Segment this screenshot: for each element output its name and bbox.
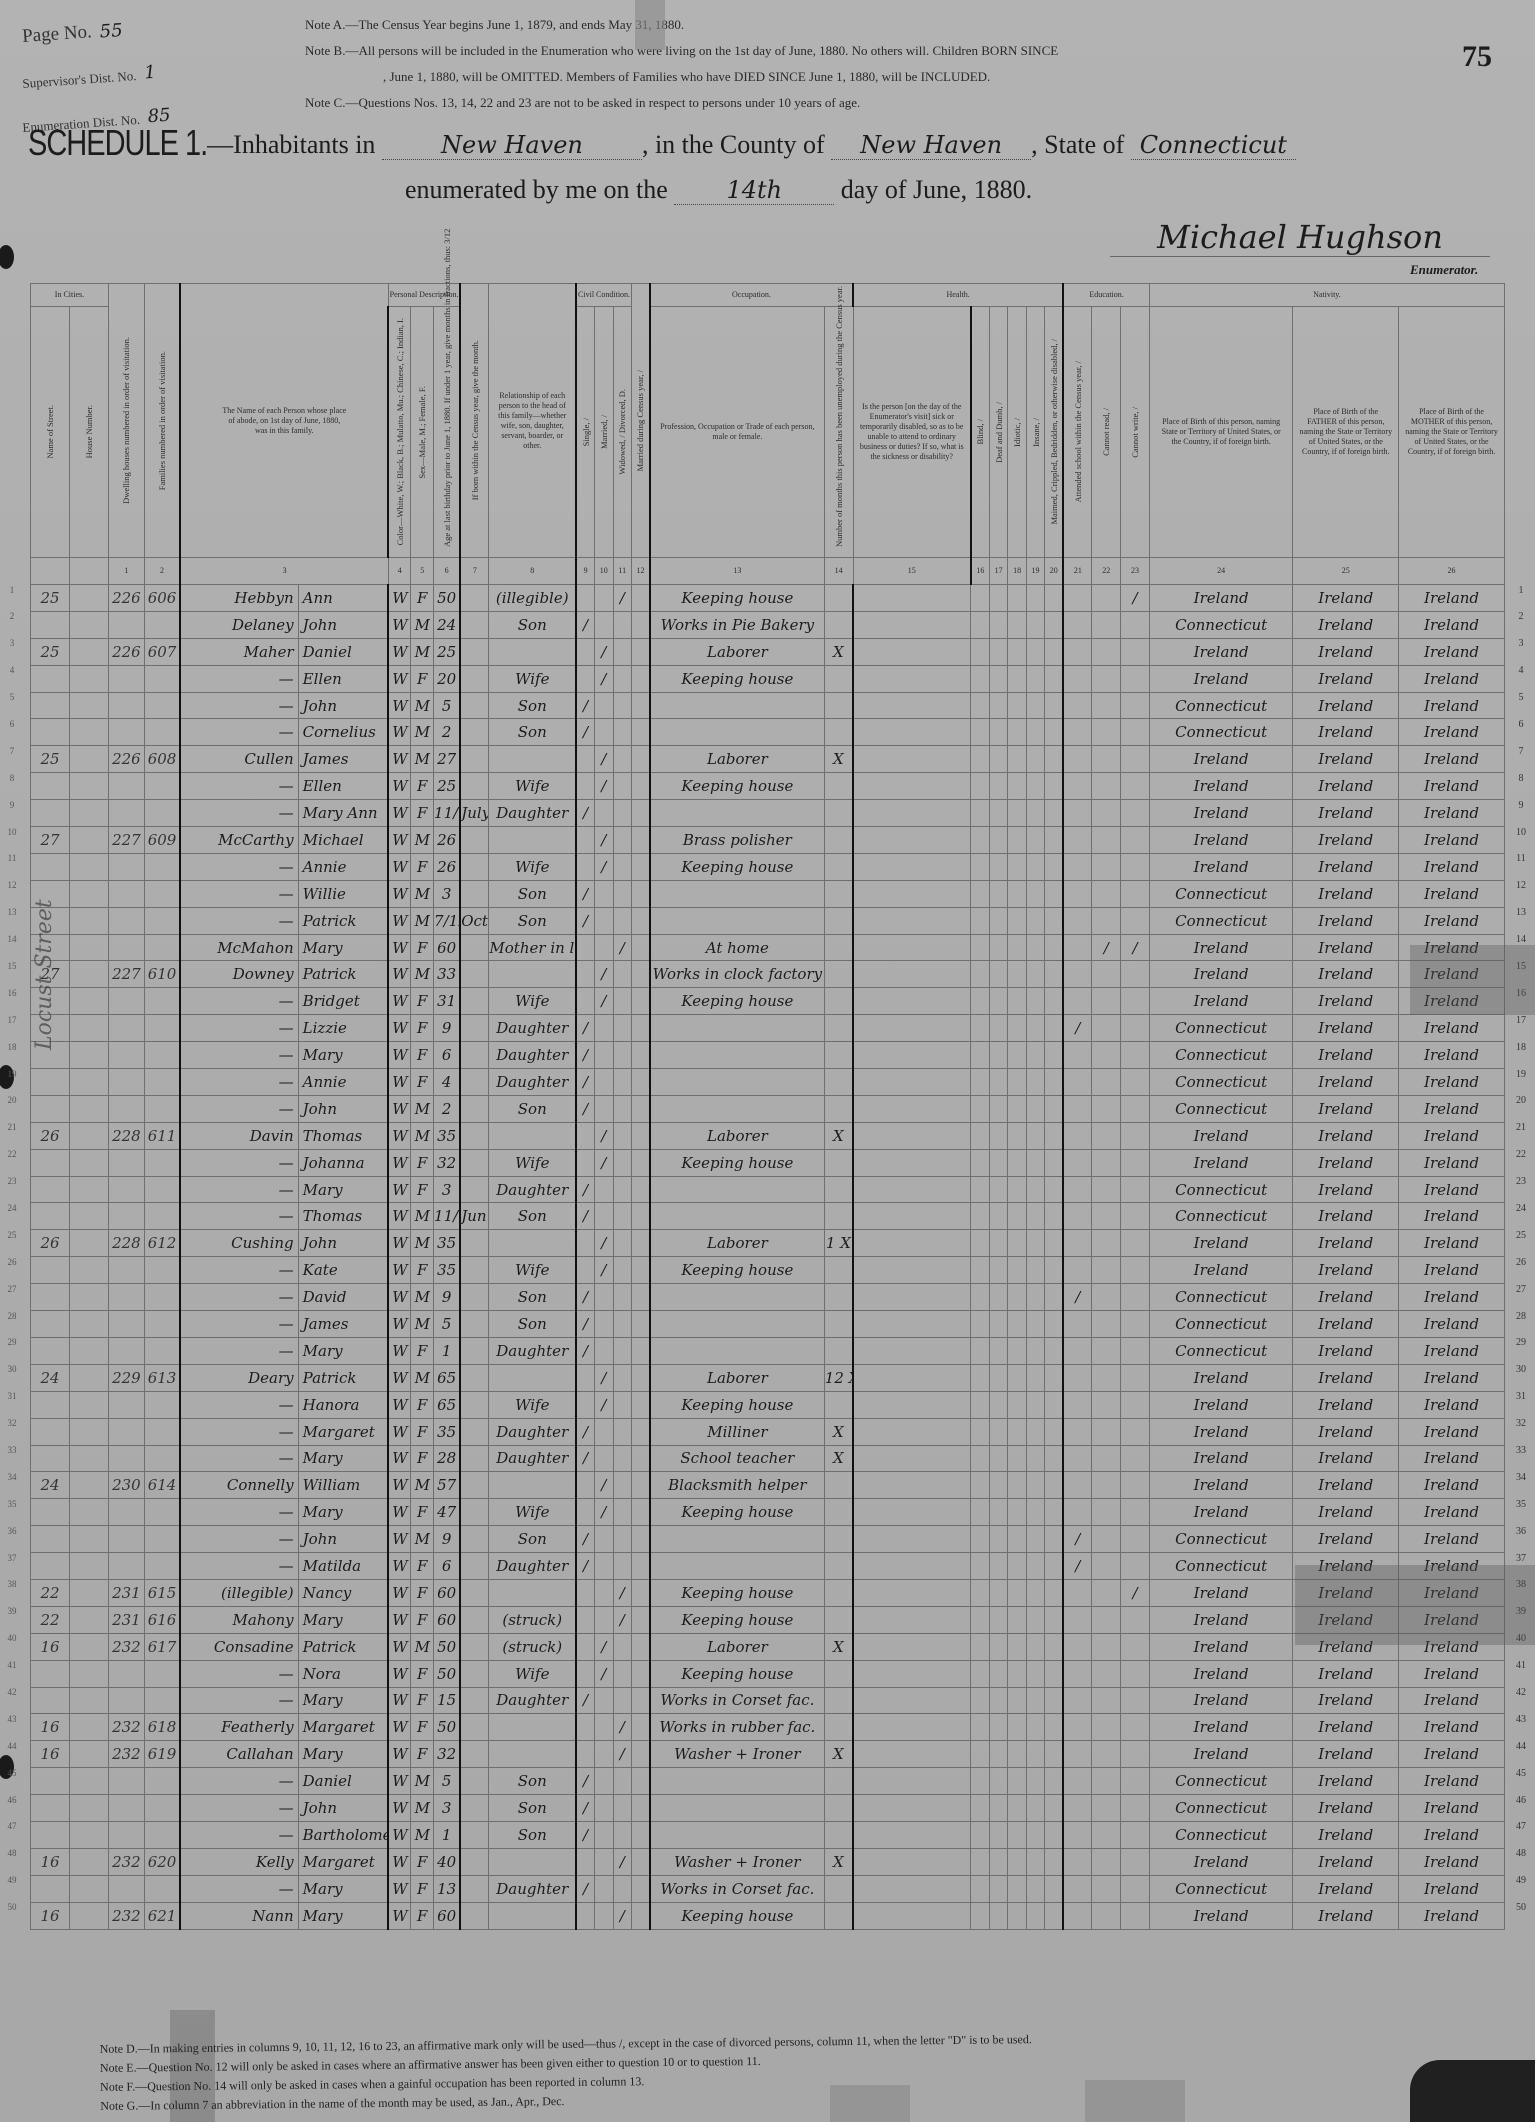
cell-empty: [69, 1122, 108, 1149]
cell-birth: Ireland: [1149, 827, 1293, 854]
cell-age: 50: [434, 1633, 461, 1660]
cell-given: William: [298, 1472, 388, 1499]
cell-md: [631, 800, 649, 827]
cell-relation: Daughter: [489, 1015, 576, 1042]
cell-md: [631, 1795, 649, 1822]
cell-father: Ireland: [1293, 853, 1399, 880]
group-education: Education.: [1063, 284, 1149, 307]
cell-school: [1063, 1176, 1092, 1203]
cell-street: [31, 773, 70, 800]
cell-birth: Ireland: [1149, 1418, 1293, 1445]
col-number: 20: [1045, 558, 1063, 585]
group-nativity: Nativity.: [1149, 284, 1504, 307]
cell-relation: [489, 1230, 576, 1257]
cell-empty: [1026, 638, 1044, 665]
cell-empty: [69, 1364, 108, 1391]
cell-single: [576, 1660, 594, 1687]
cell-empty: [989, 585, 1007, 612]
cell-surname: —: [180, 1418, 298, 1445]
cell-father: Ireland: [1293, 719, 1399, 746]
cell-dwelling: [108, 1095, 144, 1122]
cell-family: 617: [144, 1633, 180, 1660]
cell-empty: [1026, 1445, 1044, 1472]
cell-sex: M: [411, 1768, 434, 1795]
cell-empty: [971, 961, 989, 988]
table-row: 16232619CallahanMaryWF32/Washer + Ironer…: [31, 1741, 1505, 1768]
cell-given: Thomas: [298, 1203, 388, 1230]
cell-school: [1063, 692, 1092, 719]
cell-occupation: Laborer: [650, 1230, 824, 1257]
cell-md: [631, 1284, 649, 1311]
cell-father: Ireland: [1293, 665, 1399, 692]
cell-occupation: [650, 1284, 824, 1311]
cell-street: [31, 1660, 70, 1687]
cell-birth: Ireland: [1149, 800, 1293, 827]
cell-married: /: [595, 1122, 613, 1149]
cell-empty: [1045, 1122, 1063, 1149]
cell-mother: Ireland: [1399, 1122, 1505, 1149]
cell-father: Ireland: [1293, 611, 1399, 638]
table-row: —MaryWF13Daughter/Works in Corset fac.Co…: [31, 1875, 1505, 1902]
cell-month: [460, 1579, 489, 1606]
cell-relation: Daughter: [489, 800, 576, 827]
cell-dwelling: [108, 1660, 144, 1687]
cell-empty: [1045, 934, 1063, 961]
cell-write: [1121, 719, 1150, 746]
cell-married: /: [595, 1230, 613, 1257]
cell-surname: —: [180, 1499, 298, 1526]
cell-empty: [971, 1499, 989, 1526]
cell-read: [1092, 611, 1121, 638]
district-info: Page No.55 Supervisor's Dist. No.1 Enume…: [22, 18, 262, 136]
cell-md: [631, 773, 649, 800]
cell-widowed: [613, 1660, 631, 1687]
cell-unemp: [824, 988, 853, 1015]
table-row: —KateWF35Wife/Keeping houseIrelandIrelan…: [31, 1257, 1505, 1284]
cell-mother: Ireland: [1399, 1203, 1505, 1230]
cell-empty: [1026, 1526, 1044, 1553]
cell-single: /: [576, 907, 594, 934]
cell-father: Ireland: [1293, 1499, 1399, 1526]
cell-color: W: [388, 1902, 411, 1929]
line-number: 49: [2, 1875, 22, 1902]
cell-empty: [1026, 1472, 1044, 1499]
cell-unemp: [824, 827, 853, 854]
cell-md: [631, 1311, 649, 1338]
cell-empty: [69, 1875, 108, 1902]
cell-mother: Ireland: [1399, 800, 1505, 827]
cell-empty: [69, 1714, 108, 1741]
cell-empty: [1045, 1391, 1063, 1418]
cell-surname: Nann: [180, 1902, 298, 1929]
cell-empty: [69, 1660, 108, 1687]
cell-married: /: [595, 988, 613, 1015]
line-number: 33: [2, 1445, 22, 1472]
cell-occupation: [650, 1203, 824, 1230]
cell-father: Ireland: [1293, 1741, 1399, 1768]
cell-sex: F: [411, 1902, 434, 1929]
cell-widowed: [613, 1257, 631, 1284]
cell-write: [1121, 1606, 1150, 1633]
cell-month: [460, 1364, 489, 1391]
cell-given: Kate: [298, 1257, 388, 1284]
cell-given: Thomas: [298, 1122, 388, 1149]
line-number: 12: [1508, 880, 1534, 907]
table-row: —HanoraWF65Wife/Keeping houseIrelandIrel…: [31, 1391, 1505, 1418]
cell-empty: [853, 934, 971, 961]
table-row: McMahonMaryWF60Mother in law/At home//Ir…: [31, 934, 1505, 961]
cell-empty: [1045, 1579, 1063, 1606]
cell-sex: M: [411, 1526, 434, 1553]
cell-empty: [1026, 1095, 1044, 1122]
cell-unemp: [824, 1875, 853, 1902]
cell-empty: [1045, 1149, 1063, 1176]
cell-read: [1092, 827, 1121, 854]
cell-birth: Ireland: [1149, 1445, 1293, 1472]
cell-father: Ireland: [1293, 638, 1399, 665]
cell-empty: [971, 1257, 989, 1284]
cell-surname: —: [180, 1176, 298, 1203]
col-header-text: Blind, /: [975, 419, 985, 445]
cell-empty: [1008, 773, 1026, 800]
cell-empty: [1026, 1203, 1044, 1230]
cell-empty: [1026, 1902, 1044, 1929]
cell-unemp: [824, 773, 853, 800]
enum-text: enumerated by me on the: [405, 175, 668, 204]
cell-dwelling: [108, 907, 144, 934]
cell-read: [1092, 1741, 1121, 1768]
cell-md: [631, 585, 649, 612]
cell-mother: Ireland: [1399, 773, 1505, 800]
cell-empty: [853, 961, 971, 988]
cell-empty: [989, 1391, 1007, 1418]
cell-single: /: [576, 1553, 594, 1580]
cell-married: /: [595, 853, 613, 880]
cell-sex: F: [411, 934, 434, 961]
col-number: 7: [460, 558, 489, 585]
cell-surname: Maher: [180, 638, 298, 665]
cell-empty: [971, 1687, 989, 1714]
cell-read: [1092, 1795, 1121, 1822]
cell-surname: —: [180, 907, 298, 934]
cell-empty: [1045, 719, 1063, 746]
cell-dwelling: [108, 1526, 144, 1553]
cell-age: 1: [434, 1821, 461, 1848]
cell-occupation: [650, 1095, 824, 1122]
cell-write: [1121, 1230, 1150, 1257]
cell-unemp: [824, 907, 853, 934]
cell-occupation: [650, 1042, 824, 1069]
cell-empty: [1045, 1284, 1063, 1311]
cell-empty: [1008, 1606, 1026, 1633]
line-number: 7: [2, 746, 22, 773]
cell-write: [1121, 1069, 1150, 1096]
cell-relation: Son: [489, 1795, 576, 1822]
cell-empty: [989, 1042, 1007, 1069]
cell-empty: [989, 1069, 1007, 1096]
cell-unemp: [824, 1015, 853, 1042]
cell-widowed: /: [613, 1741, 631, 1768]
cell-married: [595, 1311, 613, 1338]
cell-school: /: [1063, 1284, 1092, 1311]
cell-color: W: [388, 1526, 411, 1553]
schedule-line: SCHEDULE 1.—Inhabitants in New Haven, in…: [28, 128, 1296, 161]
cell-school: [1063, 1768, 1092, 1795]
cell-sex: M: [411, 907, 434, 934]
cell-street: 24: [31, 1472, 70, 1499]
cell-single: [576, 1741, 594, 1768]
cell-school: [1063, 1042, 1092, 1069]
cell-birth: Connecticut: [1149, 1203, 1293, 1230]
cell-empty: [989, 1821, 1007, 1848]
cell-empty: [1045, 907, 1063, 934]
cell-married: /: [595, 827, 613, 854]
cell-write: [1121, 1714, 1150, 1741]
cell-father: Ireland: [1293, 746, 1399, 773]
cell-widowed: /: [613, 1902, 631, 1929]
cell-unemp: [824, 1821, 853, 1848]
cell-occupation: Keeping house: [650, 1499, 824, 1526]
cell-month: [460, 1499, 489, 1526]
cell-occupation: [650, 719, 824, 746]
cell-dwelling: 231: [108, 1606, 144, 1633]
cell-write: [1121, 1203, 1150, 1230]
cell-read: [1092, 988, 1121, 1015]
cell-single: /: [576, 1284, 594, 1311]
col-header-23: Cannot write, /: [1121, 307, 1150, 558]
cell-age: 57: [434, 1472, 461, 1499]
cell-color: W: [388, 1579, 411, 1606]
cell-father: Ireland: [1293, 585, 1399, 612]
cell-empty: [989, 853, 1007, 880]
cell-age: 26: [434, 853, 461, 880]
line-number: 13: [2, 907, 22, 934]
cell-empty: [1008, 961, 1026, 988]
line-number: 48: [2, 1848, 22, 1875]
cell-given: Michael: [298, 827, 388, 854]
cell-empty: [69, 1042, 108, 1069]
cell-school: [1063, 1821, 1092, 1848]
punch-hole: [0, 245, 14, 269]
cell-birth: Ireland: [1149, 1660, 1293, 1687]
cell-empty: [989, 1230, 1007, 1257]
cell-empty: [989, 1660, 1007, 1687]
cell-read: [1092, 773, 1121, 800]
cell-relation: Son: [489, 1526, 576, 1553]
cell-family: 609: [144, 827, 180, 854]
cell-family: [144, 1042, 180, 1069]
cell-empty: [971, 1149, 989, 1176]
cell-empty: [1008, 880, 1026, 907]
cell-month: [460, 1149, 489, 1176]
cell-month: [460, 1042, 489, 1069]
table-row: DelaneyJohnWM24Son/Works in Pie BakeryCo…: [31, 611, 1505, 638]
cell-color: W: [388, 1176, 411, 1203]
cell-relation: Son: [489, 719, 576, 746]
cell-father: Ireland: [1293, 1311, 1399, 1338]
cell-unemp: [824, 1768, 853, 1795]
cell-write: [1121, 638, 1150, 665]
cell-empty: [1008, 719, 1026, 746]
cell-empty: [1026, 1499, 1044, 1526]
table-row: 22231616MahonyMaryWF60(struck)/Keeping h…: [31, 1606, 1505, 1633]
cell-family: 610: [144, 961, 180, 988]
cell-empty: [69, 1445, 108, 1472]
cell-family: 606: [144, 585, 180, 612]
cell-color: W: [388, 611, 411, 638]
cell-given: Bartholomew: [298, 1821, 388, 1848]
schedule-title: SCHEDULE 1.: [28, 124, 207, 165]
cell-empty: [853, 853, 971, 880]
cell-read: [1092, 1015, 1121, 1042]
table-row: —PatrickWM7/12Oct.Son/ConnecticutIreland…: [31, 907, 1505, 934]
cell-mother: Ireland: [1399, 1741, 1505, 1768]
line-number: 3: [2, 638, 22, 665]
cell-empty: [1026, 934, 1044, 961]
table-row: 16232620KellyMargaretWF40/Washer + Irone…: [31, 1848, 1505, 1875]
table-row: 25226607MaherDanielWM25/LaborerXIrelandI…: [31, 638, 1505, 665]
cell-married: [595, 1418, 613, 1445]
cell-father: Ireland: [1293, 880, 1399, 907]
cell-widowed: [613, 1391, 631, 1418]
cell-birth: Ireland: [1149, 665, 1293, 692]
cell-sex: F: [411, 1042, 434, 1069]
line-number: 22: [1508, 1149, 1534, 1176]
cell-md: [631, 1149, 649, 1176]
cell-street: [31, 1687, 70, 1714]
cell-md: [631, 1687, 649, 1714]
line-number: 42: [1508, 1687, 1534, 1714]
cell-widowed: [613, 1230, 631, 1257]
cell-empty: [989, 746, 1007, 773]
line-number: 43: [1508, 1714, 1534, 1741]
line-number: 45: [1508, 1768, 1534, 1795]
cell-birth: Ireland: [1149, 1499, 1293, 1526]
cell-empty: [853, 773, 971, 800]
cell-empty: [971, 1768, 989, 1795]
cell-empty: [69, 1606, 108, 1633]
table-row: —MaryWF15Daughter/Works in Corset fac.Ir…: [31, 1687, 1505, 1714]
cell-married: [595, 880, 613, 907]
cell-color: W: [388, 1015, 411, 1042]
cell-empty: [1026, 1257, 1044, 1284]
cell-occupation: Keeping house: [650, 1902, 824, 1929]
cell-street: [31, 1499, 70, 1526]
line-number: 26: [1508, 1257, 1534, 1284]
cell-given: John: [298, 1095, 388, 1122]
cell-widowed: /: [613, 1714, 631, 1741]
cell-empty: [971, 1203, 989, 1230]
cell-birth: Ireland: [1149, 638, 1293, 665]
cell-empty: [1045, 1311, 1063, 1338]
cell-read: [1092, 1660, 1121, 1687]
tape-mark: [1085, 2080, 1185, 2122]
cell-surname: Deary: [180, 1364, 298, 1391]
cell-md: [631, 1095, 649, 1122]
cell-birth: Connecticut: [1149, 1821, 1293, 1848]
col-header-text: Number of months this person has been un…: [834, 317, 844, 547]
cell-empty: [1045, 1714, 1063, 1741]
line-number: 28: [1508, 1311, 1534, 1338]
cell-family: [144, 1203, 180, 1230]
col-header-text: Color—White, W.; Black, B.; Mulatto, Mu.…: [395, 318, 405, 545]
cell-given: Patrick: [298, 907, 388, 934]
cell-write: [1121, 1795, 1150, 1822]
cell-given: Ann: [298, 585, 388, 612]
cell-read: [1092, 1526, 1121, 1553]
cell-relation: Daughter: [489, 1875, 576, 1902]
cell-month: Oct.: [460, 907, 489, 934]
cell-age: 33: [434, 961, 461, 988]
cell-surname: —: [180, 692, 298, 719]
cell-write: [1121, 665, 1150, 692]
line-number: 13: [1508, 907, 1534, 934]
cell-empty: [1026, 1660, 1044, 1687]
cell-surname: —: [180, 1069, 298, 1096]
cell-birth: Ireland: [1149, 1122, 1293, 1149]
table-row: —JohnWM9Son//ConnecticutIrelandIreland: [31, 1526, 1505, 1553]
cell-relation: [489, 961, 576, 988]
cell-empty: [989, 1445, 1007, 1472]
cell-mother: Ireland: [1399, 585, 1505, 612]
cell-age: 13: [434, 1875, 461, 1902]
cell-age: 3: [434, 1795, 461, 1822]
cell-given: Daniel: [298, 1768, 388, 1795]
cell-empty: [1008, 1660, 1026, 1687]
col-number: 17: [989, 558, 1007, 585]
cell-age: 11/12: [434, 800, 461, 827]
cell-street: [31, 853, 70, 880]
cell-single: /: [576, 1042, 594, 1069]
cell-empty: [1026, 1364, 1044, 1391]
cell-age: 60: [434, 1902, 461, 1929]
cell-single: /: [576, 880, 594, 907]
cell-empty: [69, 1741, 108, 1768]
cell-given: John: [298, 1526, 388, 1553]
cell-age: 60: [434, 1579, 461, 1606]
line-number: 25: [2, 1230, 22, 1257]
census-table: In Cities. Dwelling houses numbered in o…: [30, 283, 1505, 1930]
line-number: 41: [1508, 1660, 1534, 1687]
cell-occupation: [650, 1821, 824, 1848]
cell-school: [1063, 665, 1092, 692]
cell-dwelling: [108, 1337, 144, 1364]
cell-family: [144, 1687, 180, 1714]
cell-empty: [69, 1015, 108, 1042]
cell-write: [1121, 800, 1150, 827]
cell-given: Margaret: [298, 1714, 388, 1741]
cell-widowed: [613, 1875, 631, 1902]
cell-empty: [1026, 1149, 1044, 1176]
cell-empty: [971, 1553, 989, 1580]
line-number: 6: [2, 719, 22, 746]
cell-age: 26: [434, 827, 461, 854]
cell-sex: M: [411, 961, 434, 988]
cell-surname: Delaney: [180, 611, 298, 638]
cell-surname: Davin: [180, 1122, 298, 1149]
cell-school: [1063, 880, 1092, 907]
cell-empty: [1026, 1768, 1044, 1795]
cell-unemp: X: [824, 1848, 853, 1875]
cell-mother: Ireland: [1399, 1391, 1505, 1418]
line-number: 10: [2, 827, 22, 854]
cell-surname: Featherly: [180, 1714, 298, 1741]
cell-given: Mary: [298, 1176, 388, 1203]
cell-dwelling: [108, 1069, 144, 1096]
cell-street: [31, 1337, 70, 1364]
cell-empty: [1026, 1042, 1044, 1069]
cell-relation: Mother in law: [489, 934, 576, 961]
